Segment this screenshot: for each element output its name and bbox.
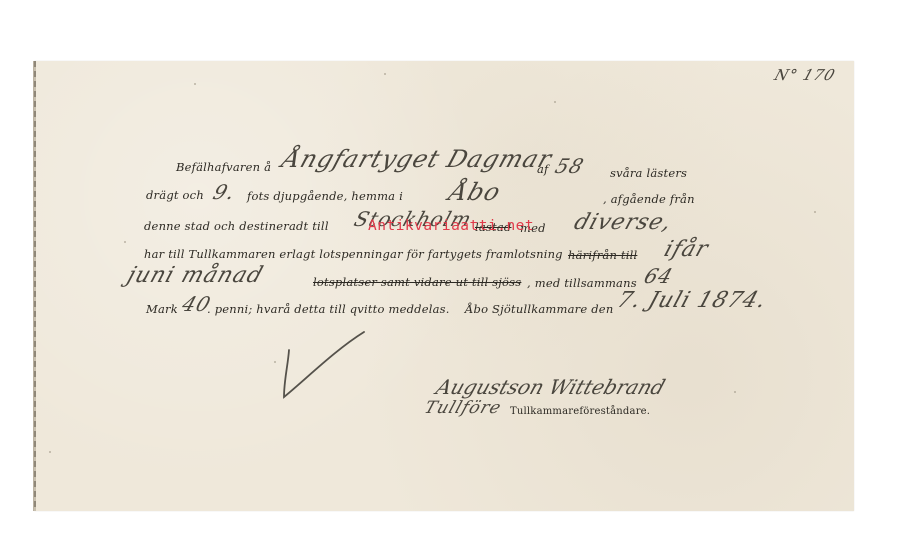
paper-speck xyxy=(554,101,556,103)
handwritten-period: juni månad xyxy=(124,263,267,288)
handwritten-text: ifår xyxy=(661,237,712,262)
handwritten-ship-name: Ångfartyget Dagmar xyxy=(278,145,555,173)
watermark: Antikvariaatti.net xyxy=(368,218,534,234)
printed-text: . penni; hvarå detta till qvitto meddela… xyxy=(207,302,450,316)
document-number: N° 170 xyxy=(772,66,838,84)
printed-text: Mark xyxy=(146,302,178,316)
handwritten-home-port: Åbo xyxy=(445,178,504,206)
handwritten-date: 7. Juli 1874. xyxy=(614,288,770,313)
printed-text: af xyxy=(537,162,549,176)
paper-speck xyxy=(194,83,196,85)
printed-text: , med tillsammans xyxy=(527,276,637,290)
printed-text: svåra lästers xyxy=(610,166,687,180)
checkmark-icon xyxy=(280,330,370,410)
printed-text: Befälhafvaren å xyxy=(176,160,271,174)
printed-text: Åbo Sjötullkammare den xyxy=(465,302,613,316)
paper-speck xyxy=(124,241,126,243)
paper-speck xyxy=(274,361,276,363)
handwritten-cargo: diverse, xyxy=(571,210,676,235)
paper-speck xyxy=(814,211,816,213)
printed-text: , afgående från xyxy=(603,192,695,206)
paper-speck xyxy=(734,391,736,393)
printed-text: drägt och xyxy=(146,188,204,202)
handwritten-signature: Augustson Wittebrand xyxy=(433,375,668,399)
printed-text-struck: härifrån till xyxy=(568,248,637,262)
printed-text: fots djupgående, hemma i xyxy=(247,189,403,203)
printed-text: denne stad och destineradt till xyxy=(144,219,329,233)
printed-title: Tullkammareföreståndare. xyxy=(510,406,650,417)
printed-text: har till Tullkammaren erlagt lotspenning… xyxy=(144,247,563,261)
handwritten-title-abbrev: Tullföre xyxy=(422,398,504,418)
paper-speck xyxy=(384,73,386,75)
printed-text-struck: lotsplatser samt vidare ut till sjöss xyxy=(313,275,521,289)
paper-speck xyxy=(49,451,51,453)
